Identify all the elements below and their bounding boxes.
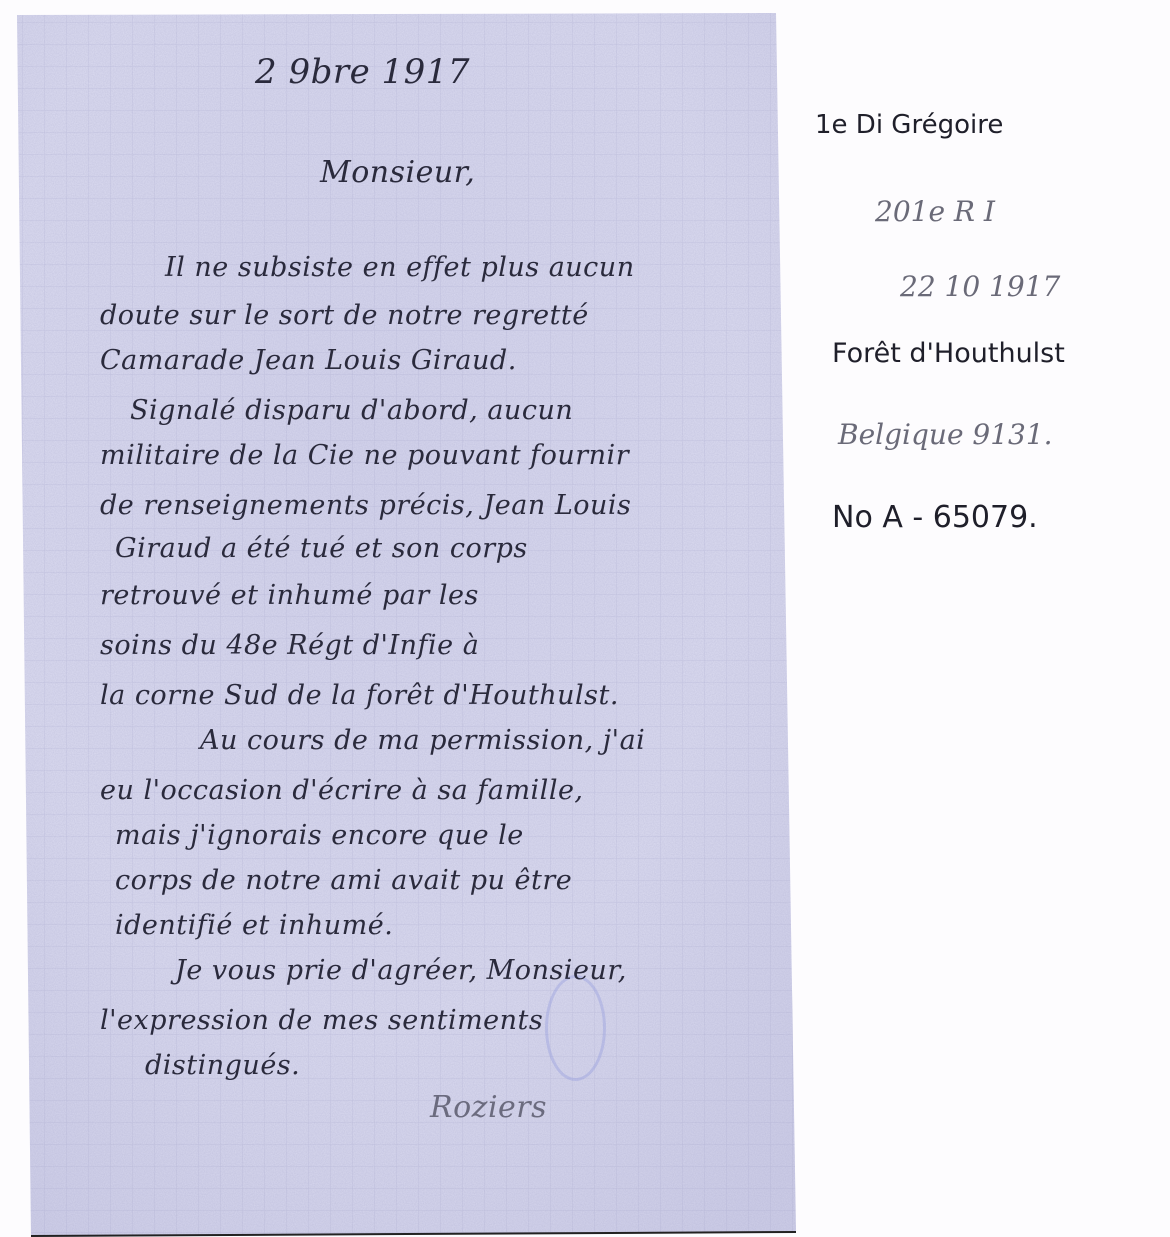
letter-salutation: Monsieur, (320, 155, 475, 190)
annotation-date: 22 10 1917 (900, 270, 1060, 303)
letter-body-line: identifié et inhumé. (115, 910, 393, 941)
letter-body-line: doute sur le sort de notre regretté (100, 300, 589, 331)
letter-body-line: Camarade Jean Louis Giraud. (100, 345, 517, 376)
letter-body-line: soins du 48e Régt d'Infie à (100, 630, 479, 661)
letter-closing-line: Je vous prie d'agréer, Monsieur, (175, 955, 627, 986)
letter-date: 2 9bre 1917 (255, 52, 470, 92)
annotation-country: Belgique 9131. (838, 418, 1053, 451)
letter-body-line: Il ne subsiste en effet plus aucun (165, 252, 635, 283)
faint-stamp (545, 975, 606, 1081)
letter-signature: Roziers (430, 1090, 547, 1125)
letter-closing-line: distingués. (145, 1050, 300, 1081)
letter-body-line: militaire de la Cie ne pouvant fournir (100, 440, 629, 471)
annotation-regiment: 201e R I (875, 195, 995, 228)
letter-body-line: de renseignements précis, Jean Louis (100, 490, 631, 521)
letter-closing-line: l'expression de mes sentiments (100, 1005, 543, 1036)
letter-body-line: la corne Sud de la forêt d'Houthulst. (100, 680, 619, 711)
letter-body-line: eu l'occasion d'écrire à sa famille, (100, 775, 584, 806)
letter-body-line: retrouvé et inhumé par les (100, 580, 479, 611)
annotation-number: No A - 65079. (832, 500, 1038, 535)
letter-body-line: Au cours de ma permission, j'ai (200, 725, 645, 756)
letter-body-line: corps de notre ami avait pu être (115, 865, 572, 896)
letter-body-line: Giraud a été tué et son corps (115, 533, 528, 564)
annotation-division: 1e Di Grégoire (815, 110, 1003, 140)
letter-body-line: Signalé disparu d'abord, aucun (130, 395, 573, 426)
annotation-location: Forêt d'Houthulst (832, 338, 1065, 369)
letter-body-line: mais j'ignorais encore que le (115, 820, 524, 851)
